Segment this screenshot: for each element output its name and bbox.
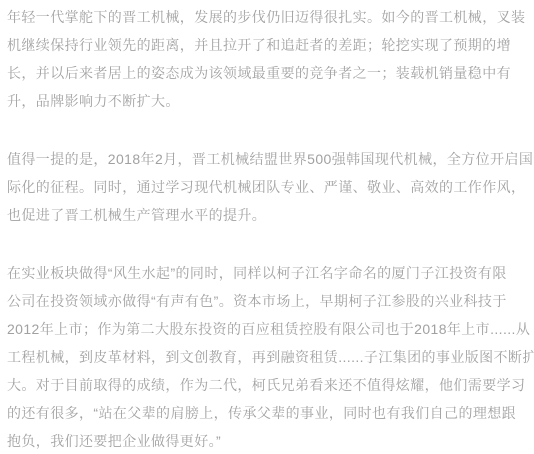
paragraph-3: 在实业板块做得“风生水起”的同时，同样以柯子江名字命名的厦门子江投资有限 公司在… <box>7 259 527 454</box>
paragraph-2: 值得一提的是，2018年2月，晋工机械结盟世界500强韩国现代机械，全方位开启国… <box>7 145 527 229</box>
paragraph-1: 年轻一代掌舵下的晋工机械，发展的步伐仍旧迈得很扎实。如今的晋工机械，叉装 机继续… <box>7 3 527 115</box>
article-body: 年轻一代掌舵下的晋工机械，发展的步伐仍旧迈得很扎实。如今的晋工机械，叉装 机继续… <box>0 0 534 454</box>
page: { "page": { "background_color": "#ffffff… <box>0 0 534 454</box>
